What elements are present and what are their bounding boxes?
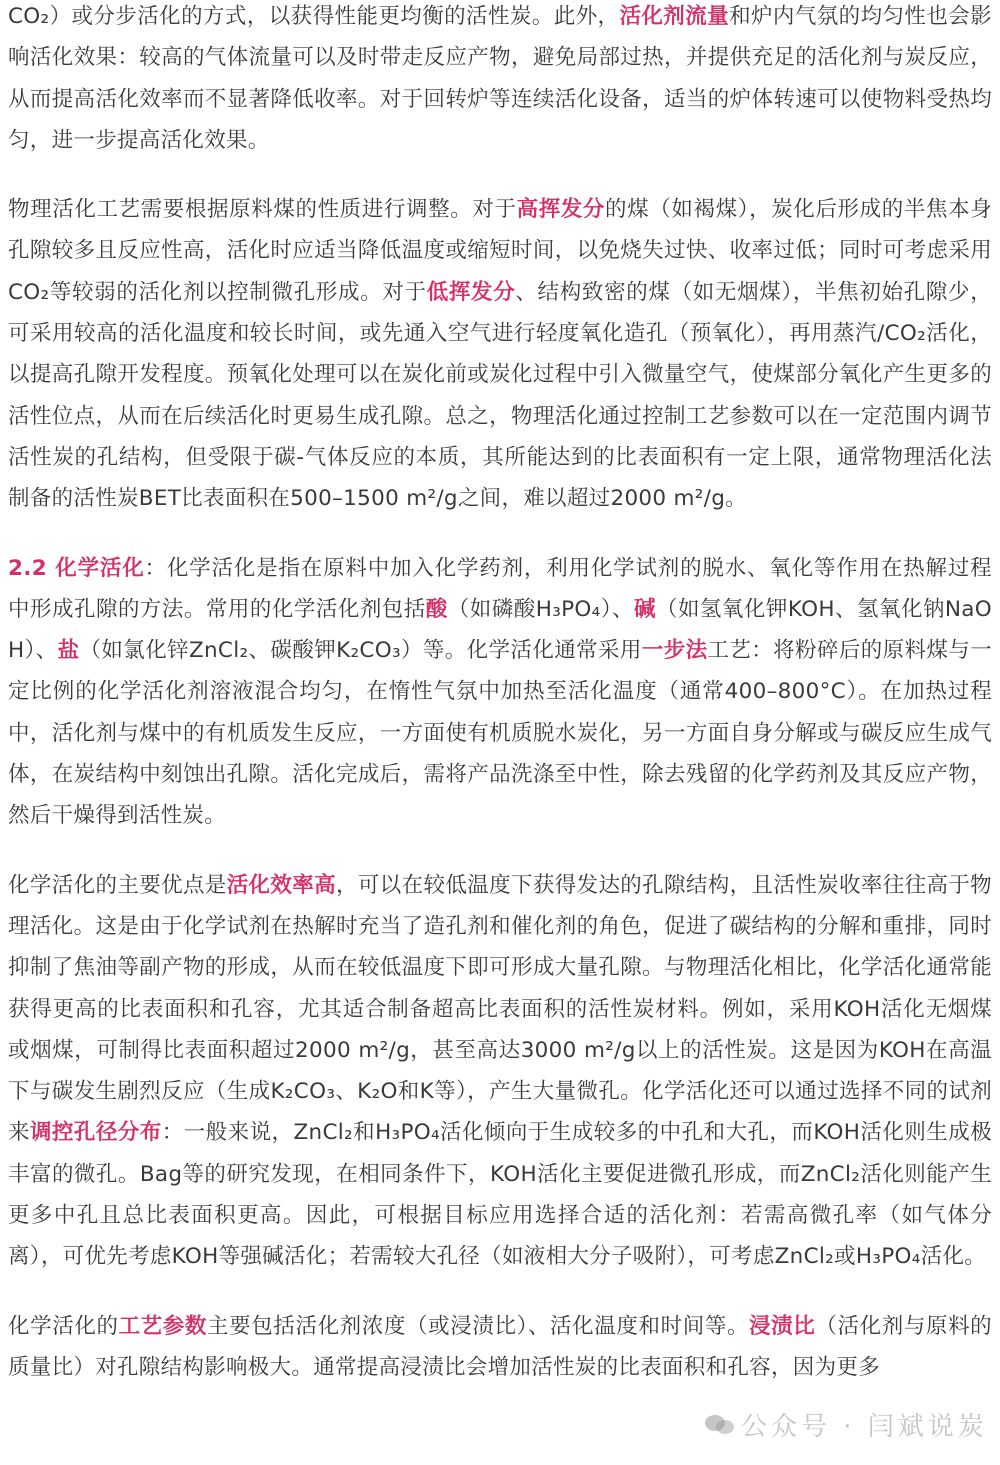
paragraph-process-parameters: 化学活化的工艺参数主要包括活化剂浓度（或浸渍比）、活化温度和时间等。浸渍比（活化…: [8, 1306, 992, 1389]
paragraph-chemical-advantages: 化学活化的主要优点是活化效率高，可以在较低温度下获得发达的孔隙结构，且活性炭收率…: [8, 865, 992, 1278]
highlight-process-parameters: 工艺参数: [119, 1314, 207, 1339]
text-segment: 、结构致密的煤（如无烟煤），半焦初始孔隙少，可采用较高的活化温度和较长时间，或先…: [8, 280, 992, 511]
text-segment: （如氯化锌ZnCl₂、碳酸钾K₂CO₃）等。化学活化通常采用: [80, 638, 642, 663]
text-segment: 主要包括活化剂浓度（或浸渍比）、活化温度和时间等。: [207, 1314, 749, 1339]
highlight-pore-size-control: 调控孔径分布: [30, 1120, 162, 1145]
text-segment: 工艺：将粉碎后的原料煤与一定比例的化学活化剂溶液混合均匀，在惰性气氛中加热至活化…: [8, 638, 992, 828]
paragraph-chemical-activation: 2.2 化学活化：化学活化是指在原料中加入化学药剂，利用化学试剂的脱水、氧化等作…: [8, 548, 992, 837]
highlight-impregnation-ratio: 浸渍比: [749, 1314, 815, 1339]
text-segment: 化学活化的: [8, 1314, 119, 1339]
text-segment: 物理活化工艺需要根据原料煤的性质进行调整。对于: [8, 197, 517, 222]
highlight-base: 碱: [634, 597, 656, 622]
article-body: CO₂）或分步活化的方式，以获得性能更均衡的活性炭。此外，活化剂流量和炉内气氛的…: [8, 0, 992, 1416]
text-segment: （如磷酸H₃PO₄）、: [448, 597, 634, 622]
paragraph-physical-activation-adjustment: 物理活化工艺需要根据原料煤的性质进行调整。对于高挥发分的煤（如褐煤），炭化后形成…: [8, 189, 992, 519]
highlight-activator-flow: 活化剂流量: [619, 4, 729, 29]
highlight-salt: 盐: [58, 638, 80, 663]
highlight-high-efficiency: 活化效率高: [227, 873, 336, 898]
paragraph-activator-flow: CO₂）或分步活化的方式，以获得性能更均衡的活性炭。此外，活化剂流量和炉内气氛的…: [8, 0, 992, 161]
text-segment: ，可以在较低温度下获得发达的孔隙结构，且活性炭收率往往高于物理活化。这是由于化学…: [8, 873, 992, 1146]
highlight-low-volatile: 低挥发分: [427, 280, 516, 305]
highlight-acid: 酸: [426, 597, 448, 622]
text-segment: 化学活化的主要优点是: [8, 873, 227, 898]
section-heading-2-2: 2.2 化学活化: [8, 556, 145, 581]
highlight-one-step: 一步法: [642, 638, 708, 663]
text-segment: CO₂）或分步活化的方式，以获得性能更均衡的活性炭。此外，: [8, 4, 619, 29]
highlight-high-volatile: 高挥发分: [517, 197, 605, 222]
